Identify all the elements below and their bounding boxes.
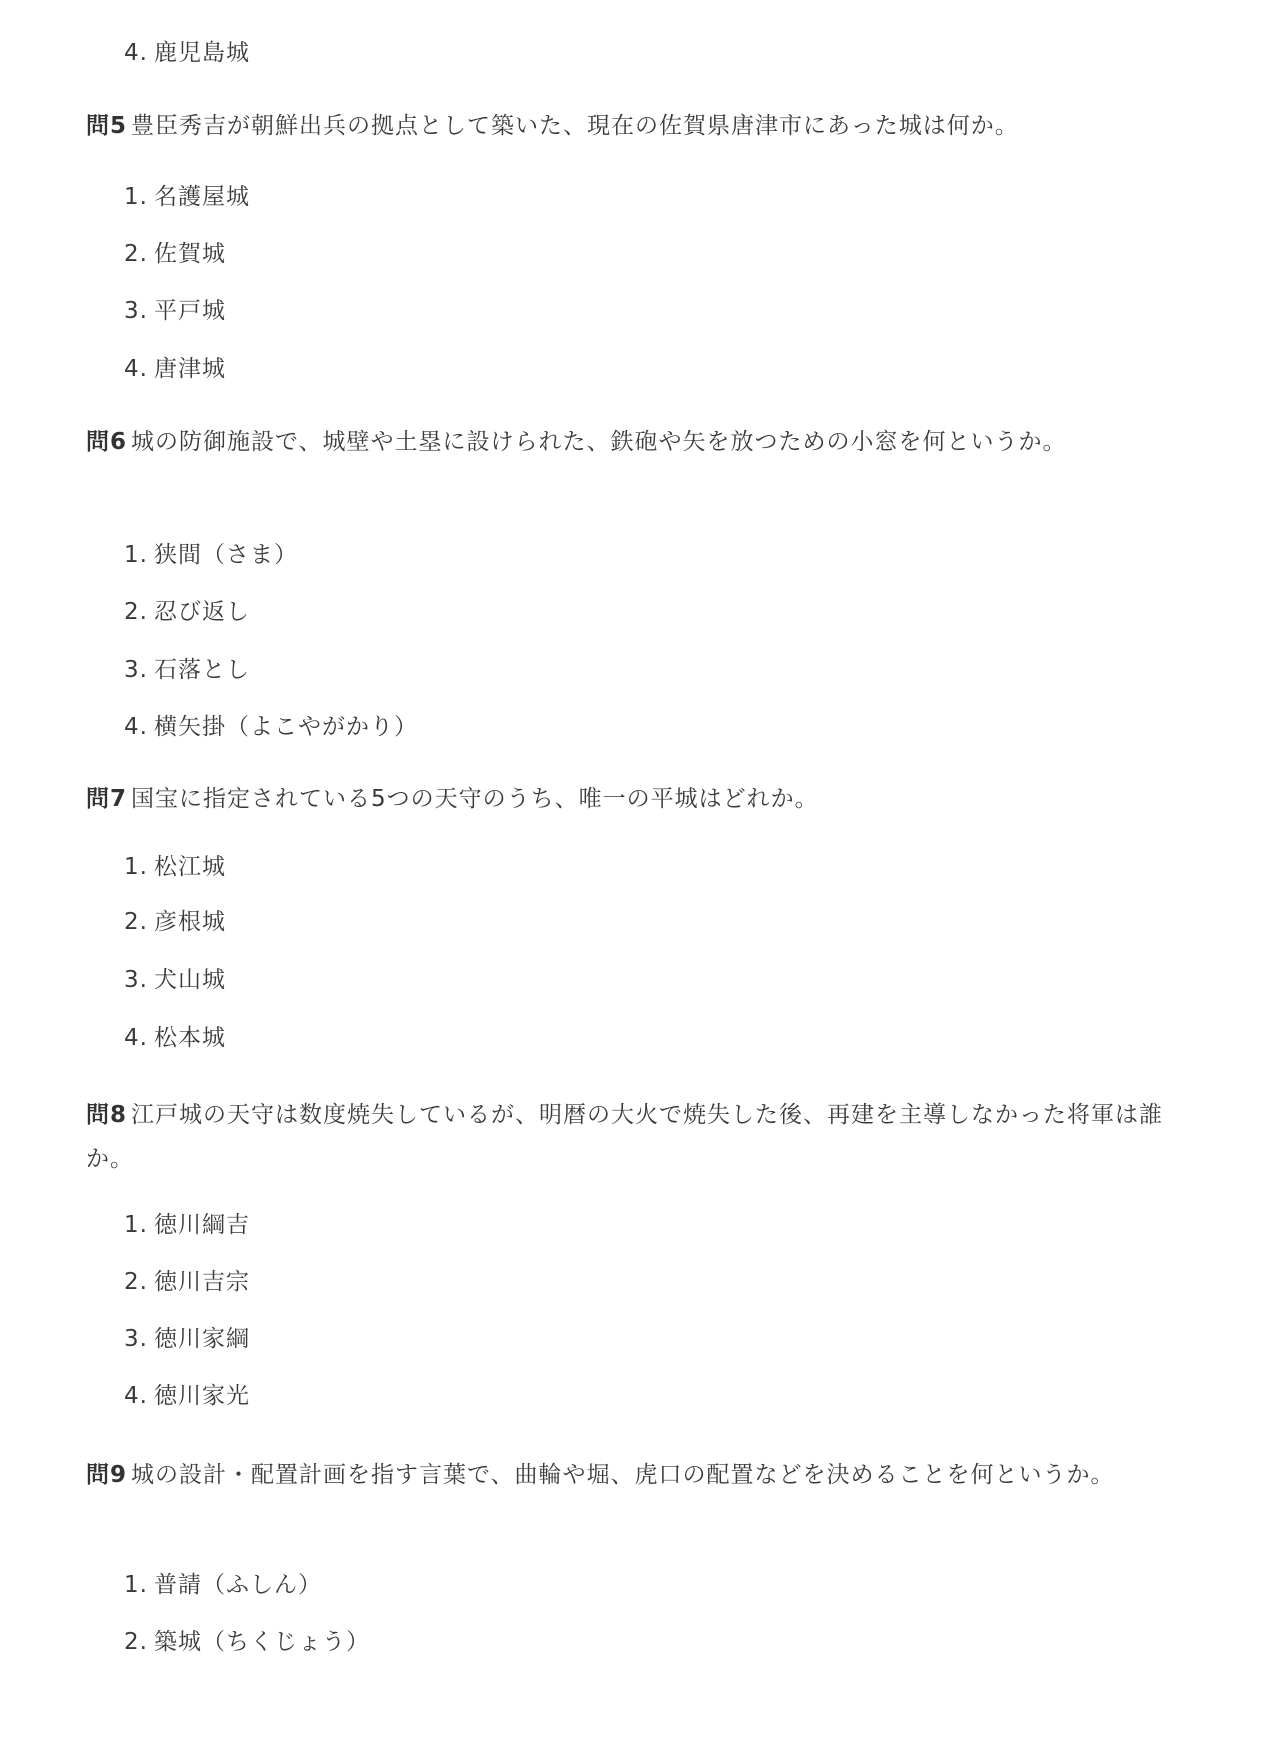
question-text: 問6城の防御施設で、城壁や土塁に設けられた、鉄砲や矢を放つための小窓を何というか… xyxy=(86,420,1186,464)
option-list-5: 1.名護屋城 2.佐賀城 3.平戸城 4.唐津城 xyxy=(86,182,250,384)
option-item: 4.徳川家光 xyxy=(124,1381,250,1411)
question-body: 城の防御施設で、城壁や土塁に設けられた、鉄砲や矢を放つための小窓を何というか。 xyxy=(131,429,1067,455)
option-item: 4.鹿児島城 xyxy=(124,38,250,68)
option-number: 1. xyxy=(124,1212,148,1238)
option-item: 2.徳川吉宗 xyxy=(124,1267,250,1324)
option-item: 2.忍び返し xyxy=(124,597,418,655)
option-text: 築城（ちくじょう） xyxy=(154,1629,370,1655)
option-item: 2.佐賀城 xyxy=(124,239,250,296)
option-number: 3. xyxy=(124,1326,148,1352)
option-item: 4.唐津城 xyxy=(124,354,250,384)
option-text: 彦根城 xyxy=(154,909,226,935)
question-block-6: 問6城の防御施設で、城壁や土塁に設けられた、鉄砲や矢を放つための小窓を何というか… xyxy=(86,420,1186,464)
option-text: 犬山城 xyxy=(154,967,226,993)
option-item: 1.普請（ふしん） xyxy=(124,1570,370,1627)
question-label: 問7 xyxy=(86,786,127,812)
option-text: 徳川家綱 xyxy=(154,1326,250,1352)
question-body: 城の設計・配置計画を指す言葉で、曲輪や堀、虎口の配置などを決めることを何というか… xyxy=(131,1462,1115,1488)
option-number: 2. xyxy=(124,1269,148,1295)
option-number: 4. xyxy=(124,356,148,382)
option-item: 1.松江城 xyxy=(124,852,226,907)
option-item: 3.平戸城 xyxy=(124,296,250,354)
option-text: 徳川綱吉 xyxy=(154,1212,250,1238)
option-item: 4.松本城 xyxy=(124,1023,226,1053)
question-block-8: 問8江戸城の天守は数度焼失しているが、明暦の大火で焼失した後、再建を主導しなかっ… xyxy=(86,1093,1186,1181)
question-text: 問8江戸城の天守は数度焼失しているが、明暦の大火で焼失した後、再建を主導しなかっ… xyxy=(86,1093,1186,1181)
question-label: 問5 xyxy=(86,113,127,139)
carryover-option-list: 4.鹿児島城 xyxy=(86,38,250,68)
option-number: 2. xyxy=(124,909,148,935)
option-number: 1. xyxy=(124,542,148,568)
option-text: 平戸城 xyxy=(154,298,226,324)
question-body: 江戸城の天守は数度焼失しているが、明暦の大火で焼失した後、再建を主導しなかった将… xyxy=(86,1102,1163,1172)
option-text: 松本城 xyxy=(154,1025,226,1051)
option-item: 1.狭間（さま） xyxy=(124,540,418,597)
option-text: 普請（ふしん） xyxy=(154,1572,322,1598)
option-number: 1. xyxy=(124,854,148,880)
question-block-9: 問9城の設計・配置計画を指す言葉で、曲輪や堀、虎口の配置などを決めることを何とい… xyxy=(86,1453,1186,1497)
option-number: 4. xyxy=(124,40,148,66)
option-list-6: 1.狭間（さま） 2.忍び返し 3.石落とし 4.横矢掛（よこやがかり） xyxy=(86,540,418,742)
option-item: 2.彦根城 xyxy=(124,907,226,965)
question-label: 問6 xyxy=(86,429,127,455)
option-item: 3.石落とし xyxy=(124,655,418,712)
option-text: 名護屋城 xyxy=(154,184,250,210)
question-text: 問9城の設計・配置計画を指す言葉で、曲輪や堀、虎口の配置などを決めることを何とい… xyxy=(86,1453,1186,1497)
option-list-8: 1.徳川綱吉 2.徳川吉宗 3.徳川家綱 4.徳川家光 xyxy=(86,1210,250,1411)
option-number: 4. xyxy=(124,1025,148,1051)
option-text: 鹿児島城 xyxy=(154,40,250,66)
option-number: 1. xyxy=(124,184,148,210)
option-number: 3. xyxy=(124,967,148,993)
option-item: 2.築城（ちくじょう） xyxy=(124,1627,370,1657)
option-list-7: 1.松江城 2.彦根城 3.犬山城 4.松本城 xyxy=(86,852,226,1053)
option-text: 徳川吉宗 xyxy=(154,1269,250,1295)
option-item: 3.徳川家綱 xyxy=(124,1324,250,1381)
option-item: 1.名護屋城 xyxy=(124,182,250,239)
question-block-7: 問7国宝に指定されている5つの天守のうち、唯一の平城はどれか。 xyxy=(86,777,1180,821)
option-list-9: 1.普請（ふしん） 2.築城（ちくじょう） xyxy=(86,1570,370,1657)
option-number: 1. xyxy=(124,1572,148,1598)
option-text: 狭間（さま） xyxy=(154,542,298,568)
question-body: 豊臣秀吉が朝鮮出兵の拠点として築いた、現在の佐賀県唐津市にあった城は何か。 xyxy=(131,113,1019,139)
option-number: 2. xyxy=(124,241,148,267)
option-number: 3. xyxy=(124,298,148,324)
option-number: 3. xyxy=(124,657,148,683)
question-body: 国宝に指定されている5つの天守のうち、唯一の平城はどれか。 xyxy=(131,786,819,812)
question-label: 問8 xyxy=(86,1102,127,1128)
option-item: 1.徳川綱吉 xyxy=(124,1210,250,1267)
question-label: 問9 xyxy=(86,1462,127,1488)
option-number: 2. xyxy=(124,1629,148,1655)
option-number: 2. xyxy=(124,599,148,625)
option-text: 徳川家光 xyxy=(154,1383,250,1409)
option-text: 佐賀城 xyxy=(154,241,226,267)
option-item: 4.横矢掛（よこやがかり） xyxy=(124,712,418,742)
option-text: 横矢掛（よこやがかり） xyxy=(154,714,418,740)
option-text: 忍び返し xyxy=(154,599,250,625)
question-text: 問5豊臣秀吉が朝鮮出兵の拠点として築いた、現在の佐賀県唐津市にあった城は何か。 xyxy=(86,104,1180,148)
option-text: 唐津城 xyxy=(154,356,226,382)
question-text: 問7国宝に指定されている5つの天守のうち、唯一の平城はどれか。 xyxy=(86,777,1180,821)
option-number: 4. xyxy=(124,1383,148,1409)
option-text: 松江城 xyxy=(154,854,226,880)
option-number: 4. xyxy=(124,714,148,740)
option-item: 3.犬山城 xyxy=(124,965,226,1023)
option-text: 石落とし xyxy=(154,657,250,683)
question-block-5: 問5豊臣秀吉が朝鮮出兵の拠点として築いた、現在の佐賀県唐津市にあった城は何か。 xyxy=(86,104,1180,148)
